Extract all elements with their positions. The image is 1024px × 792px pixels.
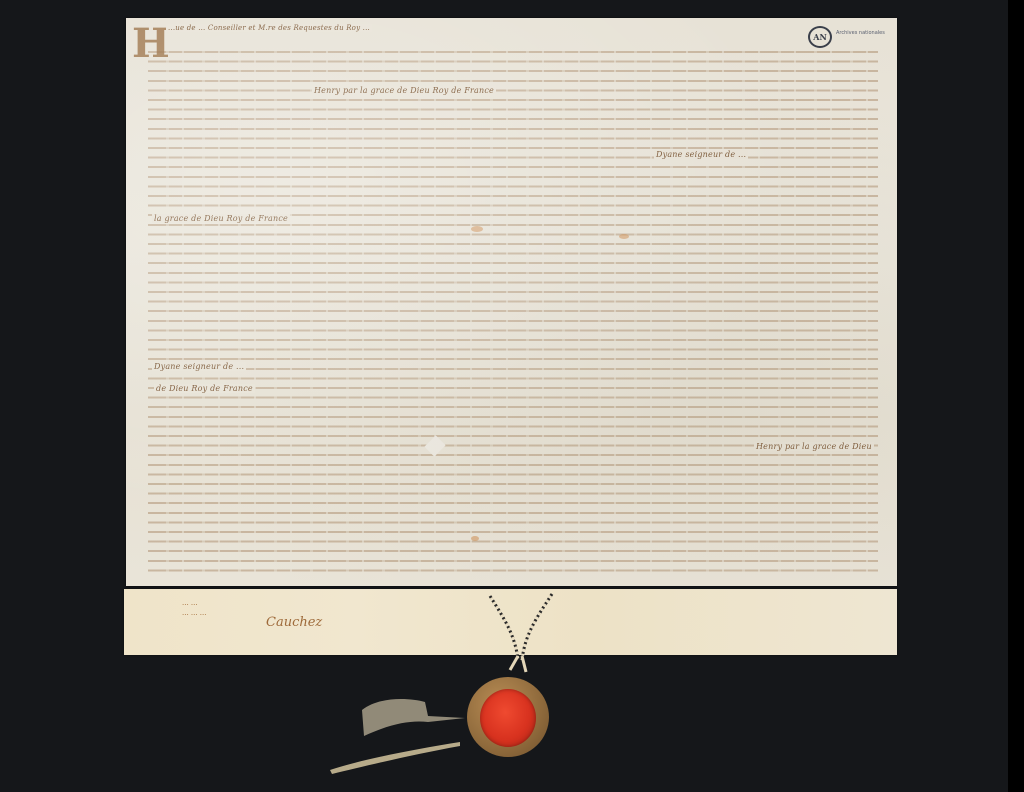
text-phrase: Henry par la grace de Dieu Roy de France	[312, 86, 496, 95]
text-phrase: de Dieu Roy de France	[154, 384, 255, 393]
archive-stamp-icon: AN	[808, 26, 832, 48]
image-border	[1008, 0, 1024, 792]
text-phrase: Dyane seigneur de ...	[152, 362, 246, 371]
seal-cord-icon	[480, 590, 560, 680]
opening-line: ...ue de ... Conseiller et M.re des Requ…	[166, 24, 372, 32]
text-phrase: la grace de Dieu Roy de France	[152, 214, 290, 223]
red-wax-seal-icon	[480, 689, 536, 747]
archive-stamp-caption: Archives nationales	[836, 30, 885, 36]
text-phrase: Henry par la grace de Dieu	[754, 442, 874, 451]
manuscript-text-body	[148, 46, 878, 576]
stain	[471, 226, 483, 232]
stain	[471, 536, 479, 541]
torn-ribbon-icon	[320, 690, 480, 780]
fold-note-line: ... ... ...	[182, 609, 206, 617]
stain	[619, 234, 629, 239]
secretary-signature: Cauchez	[266, 615, 322, 630]
parchment-charter: H ...ue de ... Conseiller et M.re des Re…	[126, 18, 897, 586]
fold-note-line: ... ...	[182, 599, 198, 607]
text-phrase: Dyane seigneur de ...	[654, 150, 748, 159]
